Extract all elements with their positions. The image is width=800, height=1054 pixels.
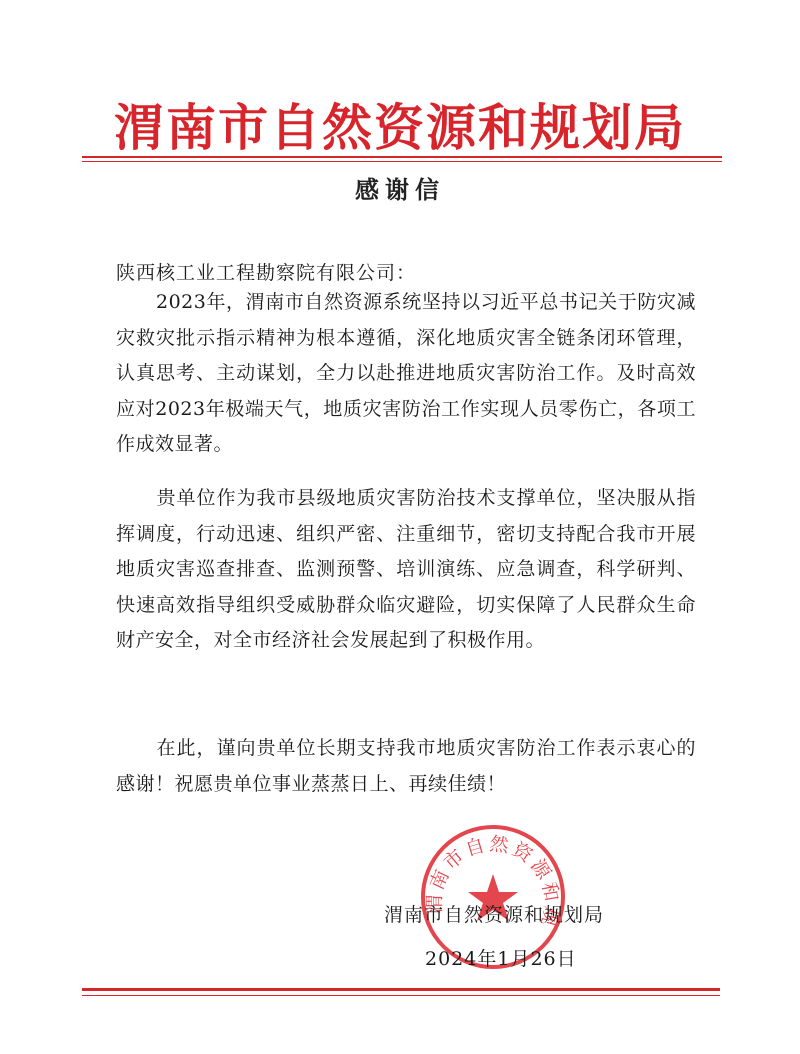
- paragraph-3: 在此，谨向贵单位长期支持我市地质灾害防治工作表示衷心的感谢！祝愿贵单位事业蒸蒸日…: [116, 731, 696, 802]
- header-divider: [82, 156, 722, 158]
- letter-subject: 感谢信: [0, 170, 800, 205]
- footer-divider-thin: [82, 995, 720, 996]
- paragraph-2: 贵单位作为我市县级地质灾害防治技术支撑单位，坚决服从指挥调度，行动迅速、组织严密…: [116, 481, 696, 659]
- letter-date: 2024年1月26日: [425, 944, 577, 971]
- signature: 渭南市自然资源和规划局: [384, 900, 604, 927]
- footer-divider: [82, 988, 720, 991]
- header-divider-thin: [82, 161, 722, 162]
- addressee: 陕西核工业工程勘察院有限公司：: [116, 258, 416, 285]
- paragraph-1: 2023年，渭南市自然资源系统坚持以习近平总书记关于防灾减灾救灾批示指示精神为根…: [116, 285, 696, 463]
- letterhead-title: 渭南市自然资源和规划局: [0, 88, 800, 160]
